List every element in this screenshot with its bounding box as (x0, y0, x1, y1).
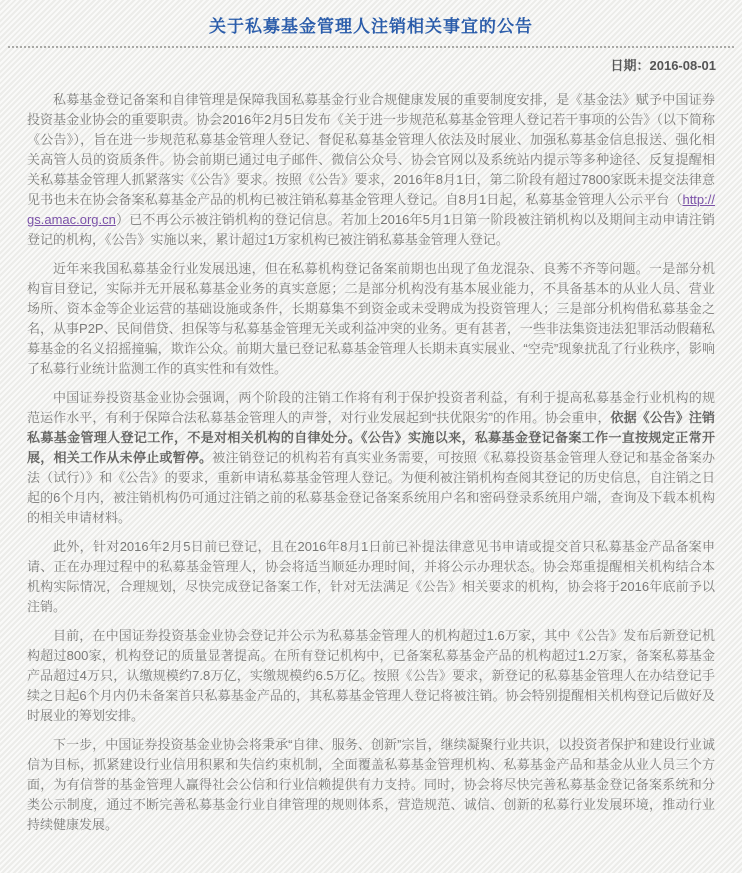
page-title: 关于私募基金管理人注销相关事宜的公告 (0, 0, 742, 46)
paragraph-extension: 此外，针对2016年2月5日前已登记，且在2016年8月1日前已补提法律意见书申… (27, 537, 715, 617)
date-row: 日期：2016-08-01 (0, 48, 742, 74)
paragraph-intro-text: 私募基金登记备案和自律管理是保障我国私募基金行业合规健康发展的重要制度安排，是《… (27, 92, 715, 207)
paragraph-association-statement: 中国证券投资基金业协会强调，两个阶段的注销工作将有利于保护投资者利益，有利于提高… (27, 388, 715, 528)
paragraph-next-steps: 下一步，中国证券投资基金业协会将秉承“自律、服务、创新”宗旨，继续凝聚行业共识，… (27, 735, 715, 835)
date-label: 日期：2016-08-01 (611, 58, 717, 73)
paragraph-statistics: 目前，在中国证券投资基金业协会登记并公示为私募基金管理人的机构超过1.6万家，其… (27, 626, 715, 726)
paragraph-intro-text-after: ）已不再公示被注销机构的登记信息。若加上2016年5月1日第一阶段被注销机构以及… (27, 212, 715, 247)
announcement-page: 关于私募基金管理人注销相关事宜的公告 日期：2016-08-01 私募基金登记备… (0, 0, 742, 873)
paragraph-intro: 私募基金登记备案和自律管理是保障我国私募基金行业合规健康发展的重要制度安排，是《… (27, 90, 715, 250)
article-body: 私募基金登记备案和自律管理是保障我国私募基金行业合规健康发展的重要制度安排，是《… (0, 74, 742, 835)
paragraph-problems: 近年来我国私募基金行业发展迅速，但在私募机构登记备案前期也出现了鱼龙混杂、良莠不… (27, 259, 715, 379)
